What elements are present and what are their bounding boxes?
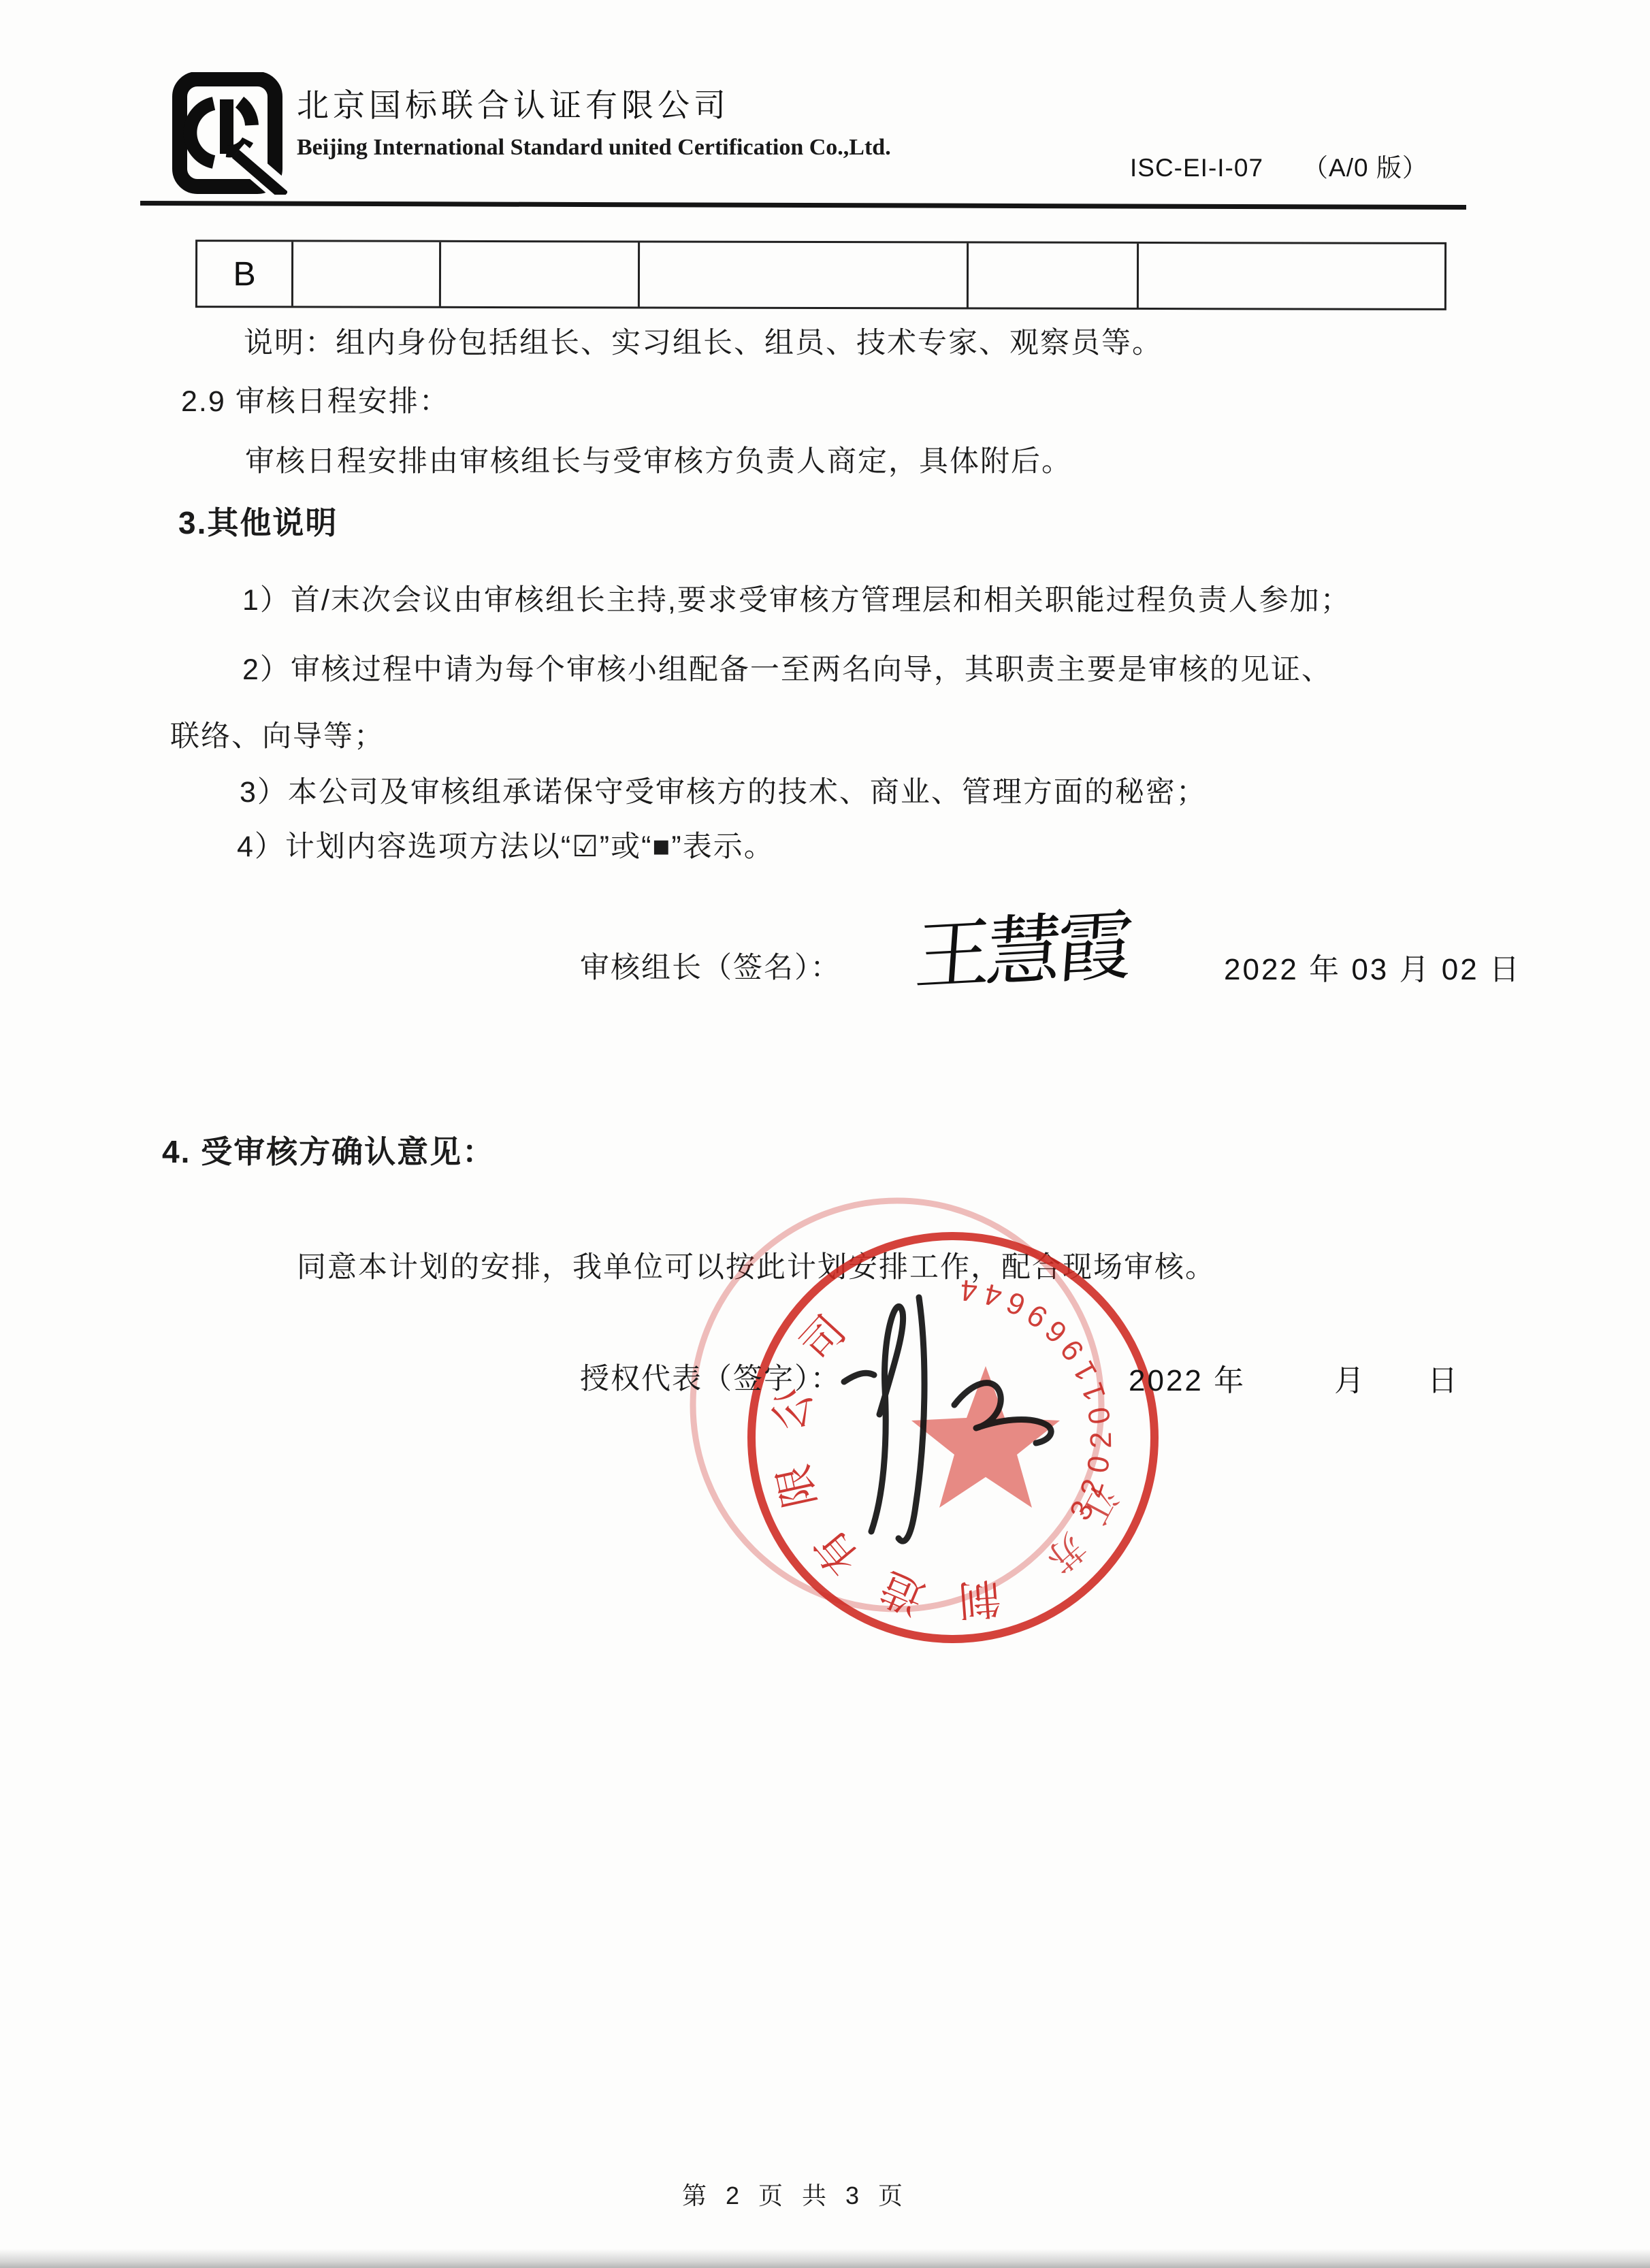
note-item-4: 4）计划内容选项方法以“☑”或“■”表示。 — [237, 824, 775, 865]
table-cell: B — [197, 242, 293, 306]
scan-bottom-edge — [0, 2249, 1650, 2268]
client-date-year: 2022 年 — [1129, 1356, 1246, 1399]
header-divider — [140, 201, 1466, 210]
table-cell — [293, 242, 442, 306]
section-2-9-body: 审核日程安排由审核组长与受审核方负责人商定，具体附后。 — [245, 438, 1072, 480]
leader-signature-date: 2022 年 03 月 02 日 — [1224, 945, 1521, 988]
doc-code-version: （A/0 版） — [1303, 154, 1428, 182]
note-item-1: 1）首/末次会议由审核组长主持,要求受审核方管理层和相关职能过程负责人参加； — [242, 577, 1351, 619]
client-signature-date: 2022 年月日 — [1129, 1356, 1459, 1399]
leader-signature-label: 审核组长（签名）： — [580, 945, 841, 986]
section-3-title: 3.其他说明 — [178, 498, 338, 543]
company-stamp: 制造有限公司 江苏 3202011969644 — [640, 1144, 1280, 1702]
company-name-cn: 北京国标联合认证有限公司 — [297, 80, 730, 126]
table-note: 说明：组内身份包括组长、实习组长、组员、技术专家、观察员等。 — [244, 320, 1163, 361]
table-cell — [640, 242, 969, 307]
client-signature-label: 授权代表（签字）： — [580, 1356, 841, 1397]
document-page: 北京国标联合认证有限公司 Beijing International Stand… — [0, 0, 1650, 2268]
table-cell — [969, 243, 1139, 308]
document-code: ISC-EI-I-07（A/0 版） — [1130, 147, 1428, 184]
section-2-9-title: 2.9 审核日程安排： — [181, 378, 450, 420]
page-number: 第 2 页 共 3 页 — [682, 2177, 909, 2212]
stamp-star-icon — [911, 1366, 1060, 1508]
note-item-2-cont: 联络、向导等； — [170, 713, 385, 755]
note-item-3: 3）本公司及审核组承诺保守受审核方的技术、商业、管理方面的秘密； — [240, 769, 1207, 811]
leader-handwritten-signature: 王慧霞 — [912, 884, 1132, 1005]
team-table-row: B — [195, 240, 1446, 310]
doc-code-number: ISC-EI-I-07 — [1130, 154, 1263, 182]
table-cell — [1139, 244, 1444, 308]
company-logo — [172, 72, 287, 195]
note-item-2: 2）审核过程中请为每个审核小组配备一至两名向导，其职责主要是审核的见证、 — [242, 647, 1332, 688]
table-cell — [441, 242, 640, 307]
section-4-title: 4. 受审核方确认意见： — [162, 1127, 495, 1172]
company-name-en: Beijing International Standard united Ce… — [297, 135, 891, 161]
client-date-month: 月 — [1334, 1356, 1366, 1399]
client-date-day: 日 — [1427, 1356, 1459, 1399]
